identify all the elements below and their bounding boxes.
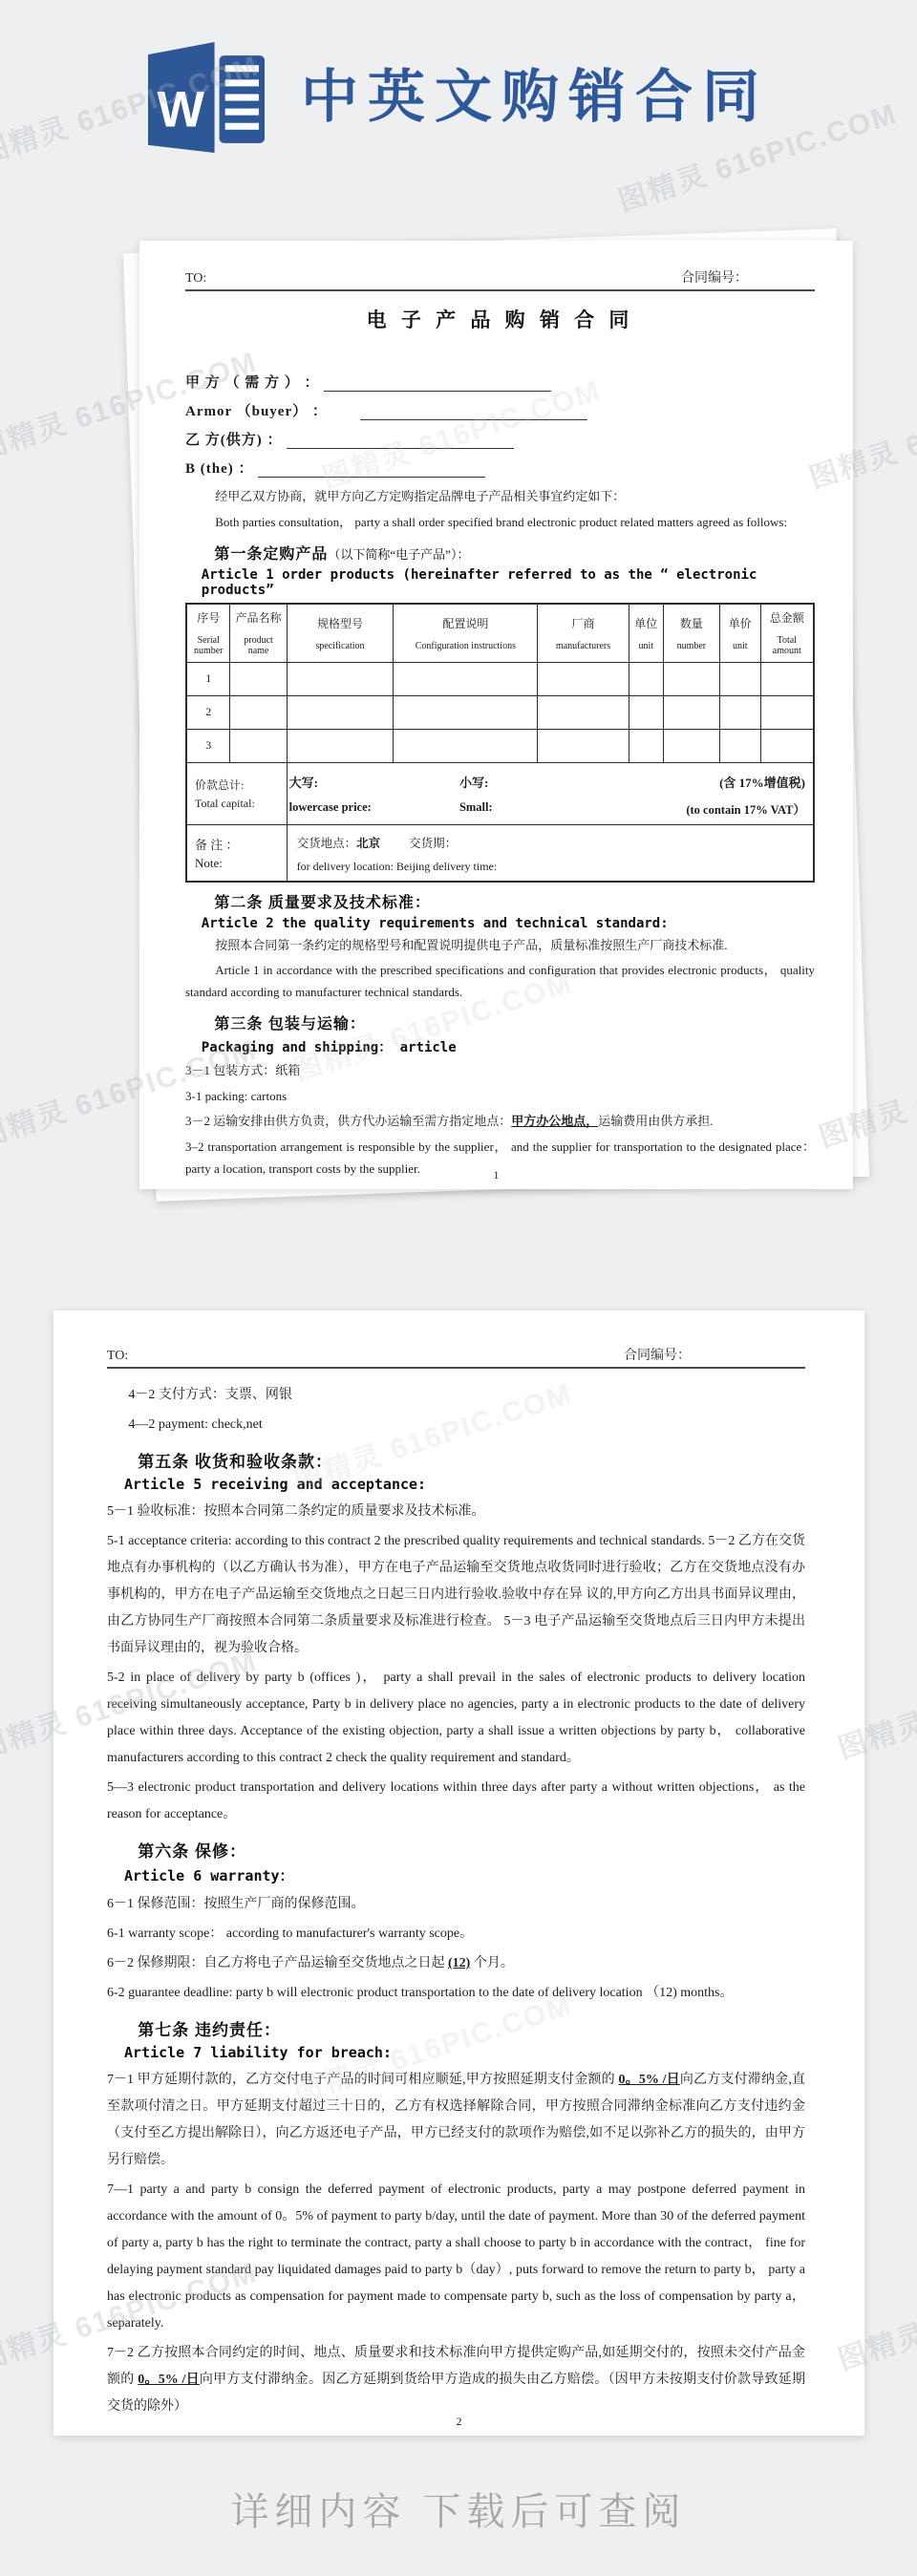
table-cell xyxy=(394,729,538,762)
article3-item-3-text: 运输费用由供方承担. xyxy=(598,1114,713,1128)
delivery-city: 北京 xyxy=(356,837,380,850)
article6-p2: 6-1 warranty scope： according to manufac… xyxy=(107,1921,805,1948)
to-row: TO: 合同编号： xyxy=(107,1345,805,1369)
article6-p1: 6－1 保修范围：按照生产厂商的保修范围。 xyxy=(107,1891,805,1918)
article2-body-en: Article 1 in accordance with the prescri… xyxy=(185,960,815,1004)
article7-p2: 7—1 party a and party b consign the defe… xyxy=(107,2177,805,2337)
warranty-months-value: (12) xyxy=(448,1956,470,1970)
article2-heading-cn: 第二条 质量要求及技术标准： xyxy=(214,890,815,912)
table-header-cell: 单位unit xyxy=(629,604,663,663)
table-cell xyxy=(629,729,663,762)
party-row: 乙 方(供方) ： xyxy=(185,429,815,449)
serial-cell: 3 xyxy=(186,729,230,762)
table-cell xyxy=(394,695,538,729)
document-page-2: TO: 合同编号： 4－2 支付方式：支票、网银 4—2 payment: ch… xyxy=(53,1310,864,2436)
late-fee-rate-value: 0。5% /日 xyxy=(138,2373,200,2387)
article4-heading-cn: 第四条 价款约定： xyxy=(214,1188,815,1190)
parties-block: 甲 方 （ 需 方 ） ： Armor （buyer） ： 乙 方(供方) ： … xyxy=(185,372,815,478)
to-row: TO: 合同编号： xyxy=(185,267,815,291)
table-row: 3 xyxy=(186,729,814,762)
total-label-cell: 价款总计: Total capital: xyxy=(186,762,287,824)
table-cell xyxy=(719,662,760,695)
table-cell xyxy=(760,662,814,695)
article2-heading-en: Article 2 the quality requirements and t… xyxy=(202,916,815,931)
table-cell xyxy=(629,695,663,729)
party-b-en-label: B (the) ： xyxy=(185,458,254,478)
article3-item-1: 3－1 包装方式：纸箱 xyxy=(185,1060,815,1082)
to-label: TO: xyxy=(107,1349,128,1364)
table-cell xyxy=(538,662,629,695)
table-cell xyxy=(287,695,394,729)
table-cell xyxy=(287,729,394,762)
article1-heading-en: Article 1 order products (hereinafter re… xyxy=(202,567,815,598)
preview-hint-text: 详细内容 下载后可查阅 xyxy=(0,2481,917,2536)
table-header-cell: 序号Serial number xyxy=(186,604,230,663)
table-header-cell: 产品名称product name xyxy=(230,604,287,663)
table-header-cell: 配置说明Configuration instructions xyxy=(394,604,538,663)
article3-heading-cn: 第三条 包装与运输： xyxy=(214,1011,815,1033)
article5-p2: 5-1 acceptance criteria: according to th… xyxy=(107,1528,805,1662)
fill-in-line xyxy=(324,373,551,392)
total-row: 价款总计: Total capital: 大写:lowercase price:… xyxy=(186,762,814,824)
contract-no-label: 合同编号： xyxy=(681,267,748,287)
table-header-cell: 单价unit xyxy=(719,604,760,663)
note-value-cell: 交货地点：北京交货期： for delivery location: Beiji… xyxy=(287,824,814,882)
article5-p4: 5—3 electronic product transportation an… xyxy=(107,1775,805,1828)
document-page-1: TO: 合同编号： 电 子 产 品 购 销 合 同 甲 方 （ 需 方 ） ： … xyxy=(139,241,853,1189)
party-row: B (the) ： xyxy=(185,458,815,478)
article7-p3-text: 向甲方支付滞纳金。因乙方延期到货给甲方造成的损失由乙方赔偿。（因甲方未按期支付价… xyxy=(107,2373,805,2414)
article5-heading-en: Article 5 receiving and acceptance: xyxy=(124,1476,805,1493)
intro-cn: 经甲乙双方协商，就甲方向乙方定购指定品牌电子产品相关事宜约定如下： xyxy=(185,486,815,508)
intro-en: Both parties consultation， party a shall… xyxy=(185,512,815,534)
article5-heading-cn: 第五条 收货和验收条款： xyxy=(138,1448,805,1472)
order-products-table: 序号Serial number 产品名称product name 规格型号spe… xyxy=(185,603,815,883)
article7-heading-en: Article 7 liability for breach: xyxy=(124,2044,805,2061)
late-fee-rate-value: 0。5% /日 xyxy=(619,2073,680,2087)
party-a-label: 甲 方 （ 需 方 ） ： xyxy=(185,372,320,392)
table-cell xyxy=(719,729,760,762)
fill-in-line xyxy=(360,402,587,420)
article7-p1: 7－1 甲方延期付款的，乙方交付电子产品的时间可相应顺延,甲方按照延期支付金额的… xyxy=(107,2067,805,2174)
table-cell xyxy=(663,662,719,695)
table-cell xyxy=(629,662,663,695)
word-logo-icon: W xyxy=(148,42,265,153)
article3-item-3: 3－2 运输安排由供方负责，供方代办运输至需方指定地点：甲方办公地点，运输费用由… xyxy=(185,1111,815,1133)
fill-in-line xyxy=(287,431,514,449)
article5-p3: 5-2 in place of delivery by party b (off… xyxy=(107,1665,805,1772)
party-row: 甲 方 （ 需 方 ） ： xyxy=(185,372,815,392)
party-b-label: 乙 方(供方) ： xyxy=(185,429,283,449)
table-cell xyxy=(663,729,719,762)
table-cell xyxy=(760,695,814,729)
table-header-cell: 规格型号specification xyxy=(287,604,394,663)
article3-item-2: 3-1 packing: cartons xyxy=(185,1086,815,1108)
delivery-location-label: 交货地点： xyxy=(297,837,357,850)
table-cell xyxy=(663,695,719,729)
table-cell xyxy=(719,695,760,729)
item-4-2-cn: 4－2 支付方式：支票、网银 xyxy=(128,1382,805,1409)
table-cell xyxy=(538,729,629,762)
page-title: 中英文购销合同 xyxy=(301,69,769,126)
table-row: 2 xyxy=(186,695,814,729)
table-row: 1 xyxy=(186,662,814,695)
party-a-en-label: Armor （buyer） ： xyxy=(185,400,328,420)
fill-in-line xyxy=(258,459,485,478)
page-number: 1 xyxy=(139,1168,853,1182)
table-cell xyxy=(394,662,538,695)
table-header-row: 序号Serial number 产品名称product name 规格型号spe… xyxy=(186,604,814,663)
article7-p3: 7－2 乙方按照本合同约定的时间、地点、质量要求和技术标准向甲方提供定购产品,如… xyxy=(107,2340,805,2420)
serial-cell: 2 xyxy=(186,695,230,729)
article7-p1-text: 7－1 甲方延期付款的，乙方交付电子产品的时间可相应顺延,甲方按照延期支付金额的 xyxy=(107,2073,619,2087)
table-cell xyxy=(230,662,287,695)
article6-p4: 6-2 guarantee deadline: party b will ele… xyxy=(107,1980,805,2007)
table-cell xyxy=(287,662,394,695)
svg-text:W: W xyxy=(158,83,205,138)
party-row: Armor （buyer） ： xyxy=(185,400,815,420)
article5-p1: 5－1 验收标准：按照本合同第二条约定的质量要求及技术标准。 xyxy=(107,1499,805,1525)
page-number: 2 xyxy=(53,2415,864,2429)
table-cell xyxy=(538,695,629,729)
article6-heading-en: Article 6 warranty： xyxy=(124,1865,805,1885)
table-cell xyxy=(230,695,287,729)
serial-cell: 1 xyxy=(186,662,230,695)
contract-title: 电 子 产 品 购 销 合 同 xyxy=(185,305,815,333)
article6-p3-text: 个月。 xyxy=(470,1956,514,1970)
article3-item-3-text: 3－2 运输安排由供方负责，供方代办运输至需方指定地点： xyxy=(185,1114,511,1128)
table-header-cell: 厂商manufacturers xyxy=(538,604,629,663)
table-cell xyxy=(230,729,287,762)
header: W 中英文购销合同 xyxy=(0,42,917,153)
article6-p3: 6－2 保修期限：自乙方将电子产品运输至交货地点之日起 (12) 个月。 xyxy=(107,1950,805,1977)
article6-heading-cn: 第六条 保修： xyxy=(138,1838,805,1862)
note-label-cell: 备 注 ： Note: xyxy=(186,824,287,882)
table-header-cell: 总金额Total amount xyxy=(760,604,814,663)
article3-item-3-underlined: 甲方办公地点， xyxy=(511,1114,598,1128)
contract-no-label: 合同编号： xyxy=(624,1345,691,1364)
article2-body-cn: 按照本合同第一条约定的规格型号和配置说明提供电子产品，质量标准按照生产厂商技术标… xyxy=(185,935,815,957)
article7-heading-cn: 第七条 违约责任： xyxy=(138,2016,805,2040)
article6-p3-text: 6－2 保修期限：自乙方将电子产品运输至交货地点之日起 xyxy=(107,1956,448,1970)
article1-heading-cn: 第一条定购产品（以下简称“电子产品”）： xyxy=(214,542,815,564)
note-en: for delivery location: Beijing delivery … xyxy=(297,860,811,874)
total-value-cell: 大写:lowercase price: 小写:Small: (含 17%增值税)… xyxy=(287,762,814,824)
table-cell xyxy=(760,729,814,762)
article3-heading-en: Packaging and shipping： article xyxy=(202,1037,815,1056)
article1-heading-rest: （以下简称“电子产品”）： xyxy=(328,547,469,562)
to-label: TO: xyxy=(185,271,206,287)
article1-heading-bold: 第一条定购产品 xyxy=(214,546,328,563)
table-header-cell: 数量number xyxy=(663,604,719,663)
item-4-2-en: 4—2 payment: check,net xyxy=(128,1412,805,1438)
delivery-time-label: 交货期： xyxy=(409,837,457,850)
note-row: 备 注 ： Note: 交货地点：北京交货期： for delivery loc… xyxy=(186,824,814,882)
